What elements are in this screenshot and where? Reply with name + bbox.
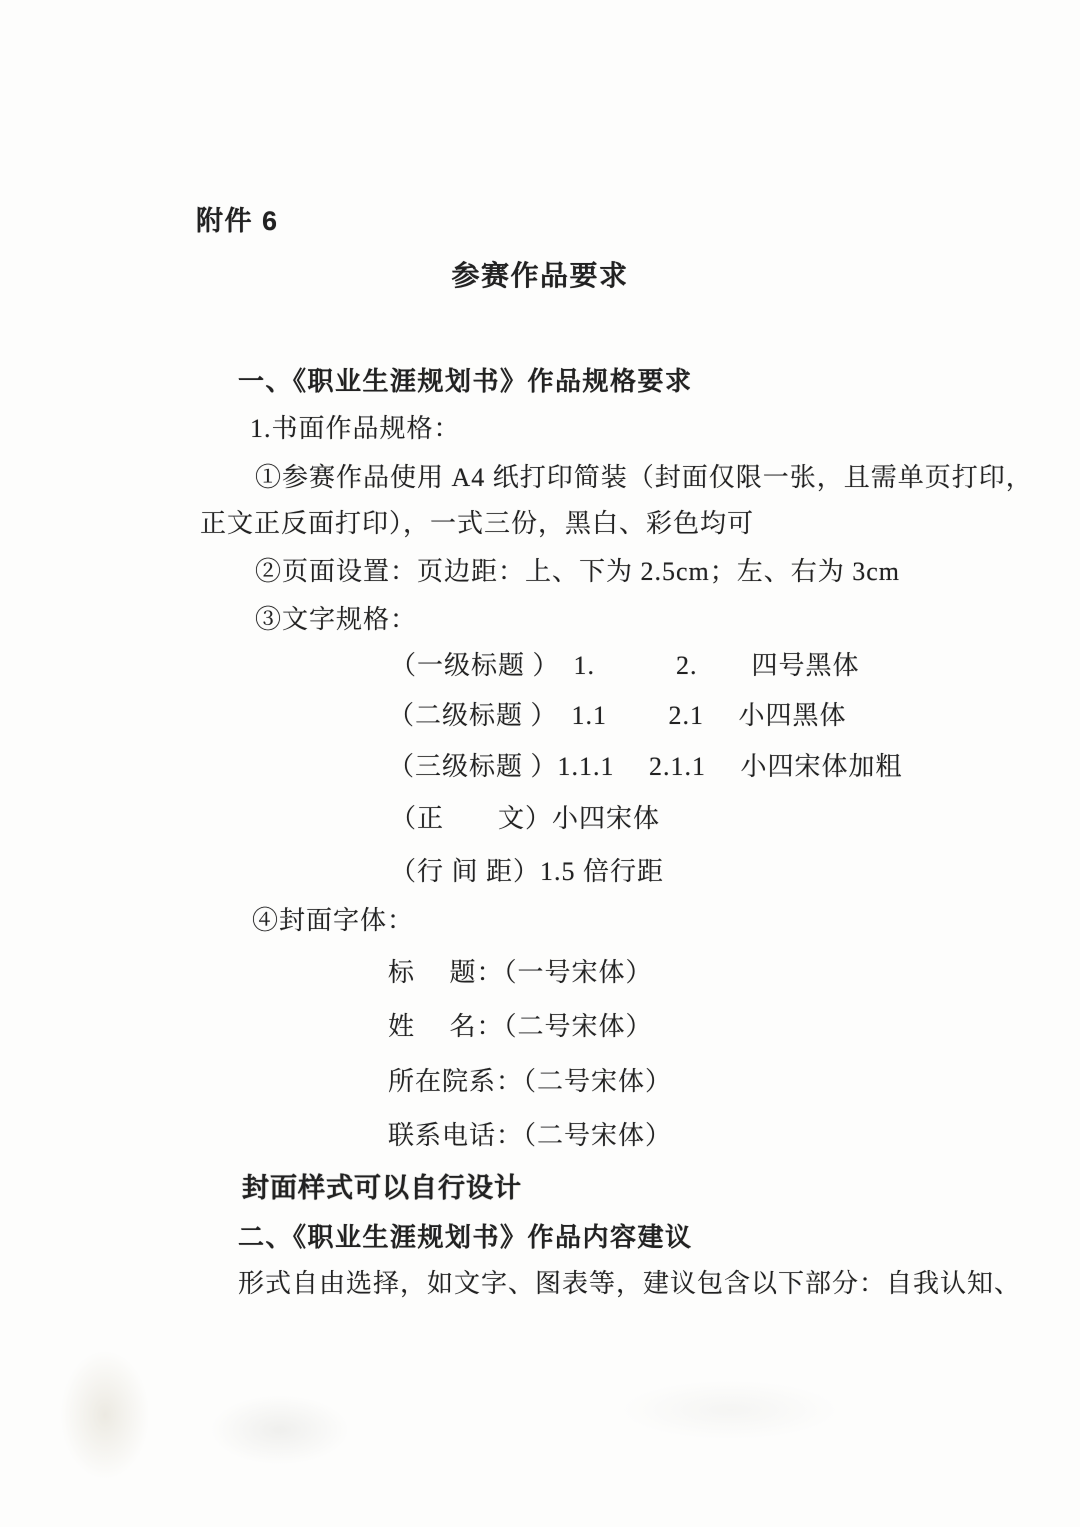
point2-page-setup: ②页面设置：页边距：上、下为 2.5cm；左、右为 3cm bbox=[255, 556, 900, 587]
scan-smudge bbox=[60, 1350, 150, 1480]
scanned-document-page: 附件 6 参赛作品要求 一、《职业生涯规划书》作品规格要求 1.书面作品规格： … bbox=[0, 0, 1080, 1527]
cover-line-department: 所在院系：（二号宋体） bbox=[388, 1066, 672, 1097]
section1-item1: 1.书面作品规格： bbox=[250, 413, 461, 444]
section2-heading: 二、《职业生涯规划书》作品内容建议 bbox=[238, 1222, 693, 1253]
cover-line-phone: 联系电话：（二号宋体） bbox=[388, 1120, 672, 1151]
scan-smudge bbox=[620, 1380, 840, 1440]
spec-line-level3: （三级标题 ）1.1.1 2.1.1 小四宋体加粗 bbox=[388, 751, 903, 782]
cover-line-name: 姓 名：（二号宋体） bbox=[388, 1011, 653, 1042]
scan-smudge bbox=[210, 1395, 350, 1465]
cover-style-note: 封面样式可以自行设计 bbox=[242, 1172, 522, 1204]
spec-line-body-text: （正 文）小四宋体 bbox=[390, 803, 660, 834]
point4-cover-font: ④封面字体： bbox=[252, 905, 414, 936]
spec-line-level1: （一级标题 ） 1. 2. 四号黑体 bbox=[390, 650, 860, 681]
section1-heading: 一、《职业生涯规划书》作品规格要求 bbox=[238, 366, 693, 397]
section2-body: 形式自由选择，如文字、图表等，建议包含以下部分：自我认知、 bbox=[238, 1268, 1021, 1299]
point1-line2: 正文正反面打印），一式三份，黑白、彩色均可 bbox=[200, 508, 754, 539]
page-title: 参赛作品要求 bbox=[0, 259, 1080, 293]
point1-line1: ①参赛作品使用 A4 纸打印简装（封面仅限一张，且需单页打印， bbox=[255, 462, 1033, 493]
attachment-label: 附件 6 bbox=[196, 205, 279, 237]
spec-line-level2: （二级标题 ） 1.1 2.1 小四黑体 bbox=[388, 700, 847, 731]
point3-text-spec: ③文字规格： bbox=[255, 604, 417, 635]
cover-line-title: 标 题：（一号宋体） bbox=[388, 957, 653, 988]
spec-line-line-spacing: （行 间 距）1.5 倍行距 bbox=[390, 856, 664, 887]
